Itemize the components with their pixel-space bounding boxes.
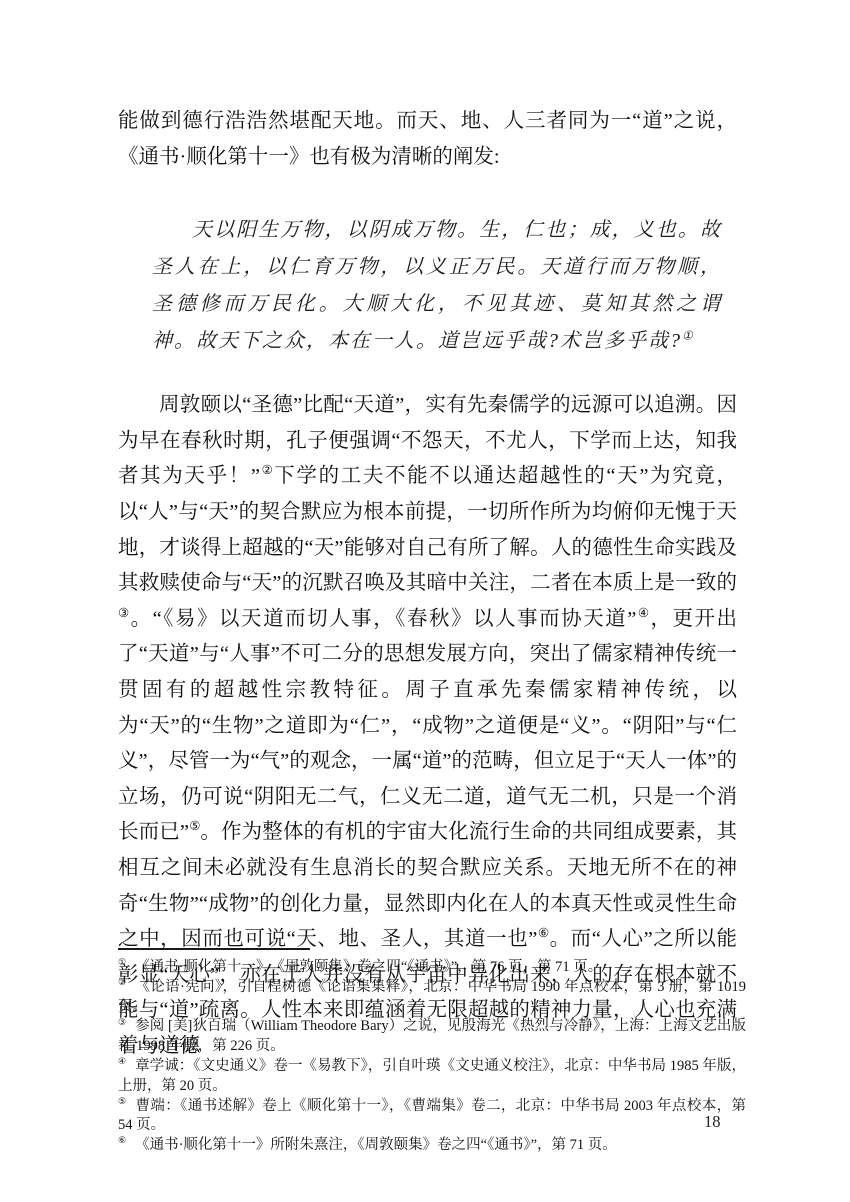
footnote-5-text: 曹端：《通书述解》卷上《顺化第十一》，《曹端集》卷二，北京：中华书局 2003 … — [118, 1098, 746, 1134]
footnote-1: ①《通书·顺化第十一》，《周敦颐集》卷之四“《通书》”，第 76 页，第 71 … — [118, 958, 746, 978]
footnote-3-marker: ③ — [118, 1017, 126, 1027]
footnote-2-marker: ② — [118, 977, 126, 987]
footnote-5: ⑤曹端：《通书述解》卷上《顺化第十一》，《曹端集》卷二，北京：中华书局 2003… — [118, 1097, 746, 1137]
footnote-6-marker: ⑥ — [118, 1135, 126, 1145]
footnote-3: ③参阅 [美]狄百瑞（William Theodore Bary）之说，见殷海光… — [118, 1017, 746, 1057]
footnote-6: ⑥《通书·顺化第十一》所附朱熹注，《周敦颐集》卷之四“《通书》”，第 71 页。 — [118, 1136, 746, 1156]
footnote-4-marker: ④ — [118, 1056, 126, 1066]
footnotes-section: ①《通书·顺化第十一》，《周敦颐集》卷之四“《通书》”，第 76 页，第 71 … — [118, 948, 746, 1156]
block-quote: 天以阳生万物，以阴成万物。生，仁也；成，义也。故圣人在上，以仁育万物，以义正万民… — [152, 212, 722, 360]
footnote-5-marker: ⑤ — [118, 1096, 126, 1106]
footnote-2: ②《论语·宪问》，引自程树德《论语集集释》，北京：中华书局 1990 年点校本，… — [118, 978, 746, 1018]
footnote-6-text: 《通书·顺化第十一》所附朱熹注，《周敦颐集》卷之四“《通书》”，第 71 页。 — [135, 1137, 617, 1153]
text-column: 能做到德行浩浩然堪配天地。而天、地、人三者同为一“道”之说，《通书·顺化第十一》… — [118, 104, 737, 1064]
paragraph-intro: 能做到德行浩浩然堪配天地。而天、地、人三者同为一“道”之说，《通书·顺化第十一》… — [118, 104, 737, 175]
footnote-2-text: 《论语·宪问》，引自程树德《论语集集释》，北京：中华书局 1990 年点校本，第… — [118, 979, 746, 1015]
footnote-4-text: 章学诚：《文史通义》卷一《易教下》，引自叶瑛《文史通义校注》，北京：中华书局 1… — [118, 1058, 746, 1094]
footnote-1-text: 《通书·顺化第十一》，《周敦颐集》卷之四“《通书》”，第 76 页，第 71 页… — [135, 959, 602, 975]
footnote-separator — [118, 948, 310, 950]
footnote-1-marker: ① — [118, 957, 126, 967]
footnote-4: ④章学诚：《文史通义》卷一《易教下》，引自叶瑛《文史通义校注》，北京：中华书局 … — [118, 1057, 746, 1097]
footnote-3-text: 参阅 [美]狄百瑞（William Theodore Bary）之说，见殷海光《… — [118, 1018, 746, 1054]
page-number: 18 — [704, 1112, 721, 1132]
document-page: 能做到德行浩浩然堪配天地。而天、地、人三者同为一“道”之说，《通书·顺化第十一》… — [0, 0, 850, 1202]
